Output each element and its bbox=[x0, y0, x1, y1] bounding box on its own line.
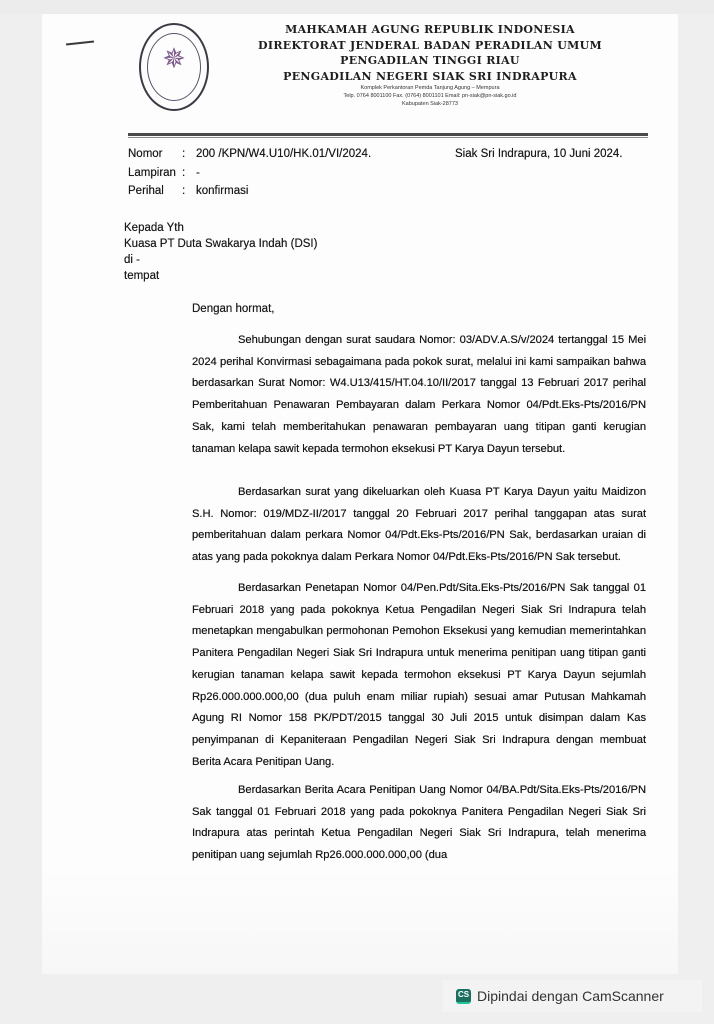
recipient-line-3: di - bbox=[124, 252, 317, 268]
letterhead-address: Komplek Perkantoran Pemda Tanjung Agung … bbox=[230, 84, 630, 92]
meta-lampiran: Lampiran:- bbox=[128, 167, 200, 179]
seal-emblem-icon: ✵ bbox=[162, 45, 185, 73]
nomor-value: 200 /KPN/W4.U10/HK.01/VI/2024. bbox=[196, 148, 371, 160]
recipient-block: Kepada Yth Kuasa PT Duta Swakarya Indah … bbox=[124, 220, 317, 284]
meta-perihal: Perihal:konfirmasi bbox=[128, 185, 248, 197]
body-paragraph-1: Sehubungan dengan surat saudara Nomor: 0… bbox=[192, 330, 646, 460]
camscanner-logo-icon: CS bbox=[456, 989, 471, 1004]
page-bottom-area bbox=[42, 870, 678, 974]
recipient-line-2: Kuasa PT Duta Swakarya Indah (DSI) bbox=[124, 236, 317, 252]
camscanner-label: Dipindai dengan CamScanner bbox=[477, 988, 664, 1004]
meta-nomor: Nomor:200 /KPN/W4.U10/HK.01/VI/2024. bbox=[128, 148, 371, 160]
perihal-value: konfirmasi bbox=[196, 185, 248, 197]
letterhead-line-1: MAHKAMAH AGUNG REPUBLIK INDONESIA bbox=[230, 22, 630, 38]
letterhead-city: Kabupaten Siak-28773 bbox=[230, 100, 630, 108]
letterhead-divider bbox=[128, 133, 648, 136]
letterhead-line-2: DIREKTORAT JENDERAL BADAN PERADILAN UMUM bbox=[230, 38, 630, 54]
perihal-label: Perihal bbox=[128, 185, 182, 197]
top-bar bbox=[0, 0, 714, 14]
lampiran-value: - bbox=[196, 167, 200, 179]
letterhead: MAHKAMAH AGUNG REPUBLIK INDONESIA DIREKT… bbox=[230, 22, 630, 108]
body-paragraph-4: Berdasarkan Berita Acara Penitipan Uang … bbox=[192, 780, 646, 867]
greeting: Dengan hormat, bbox=[192, 303, 274, 315]
recipient-line-4: tempat bbox=[124, 268, 317, 284]
letterhead-contact: Telp. 0764 8001100 Fax. (0764) 8001101 E… bbox=[230, 92, 630, 100]
place-date: Siak Sri Indrapura, 10 Juni 2024. bbox=[455, 148, 623, 160]
body-paragraph-3: Berdasarkan Penetapan Nomor 04/Pen.Pdt/S… bbox=[192, 578, 646, 773]
recipient-line-1: Kepada Yth bbox=[124, 220, 317, 236]
body-paragraph-2: Berdasarkan surat yang dikeluarkan oleh … bbox=[192, 482, 646, 569]
colon: : bbox=[182, 185, 196, 197]
court-seal-icon: ✵ bbox=[139, 23, 209, 111]
nomor-label: Nomor bbox=[128, 148, 182, 160]
letterhead-divider-thin bbox=[128, 137, 648, 138]
colon: : bbox=[182, 148, 196, 160]
camscanner-watermark: CS Dipindai dengan CamScanner bbox=[443, 980, 702, 1012]
lampiran-label: Lampiran bbox=[128, 167, 182, 179]
letterhead-line-4: PENGADILAN NEGERI SIAK SRI INDRAPURA bbox=[230, 69, 630, 85]
letterhead-line-3: PENGADILAN TINGGI RIAU bbox=[230, 53, 630, 69]
colon: : bbox=[182, 167, 196, 179]
